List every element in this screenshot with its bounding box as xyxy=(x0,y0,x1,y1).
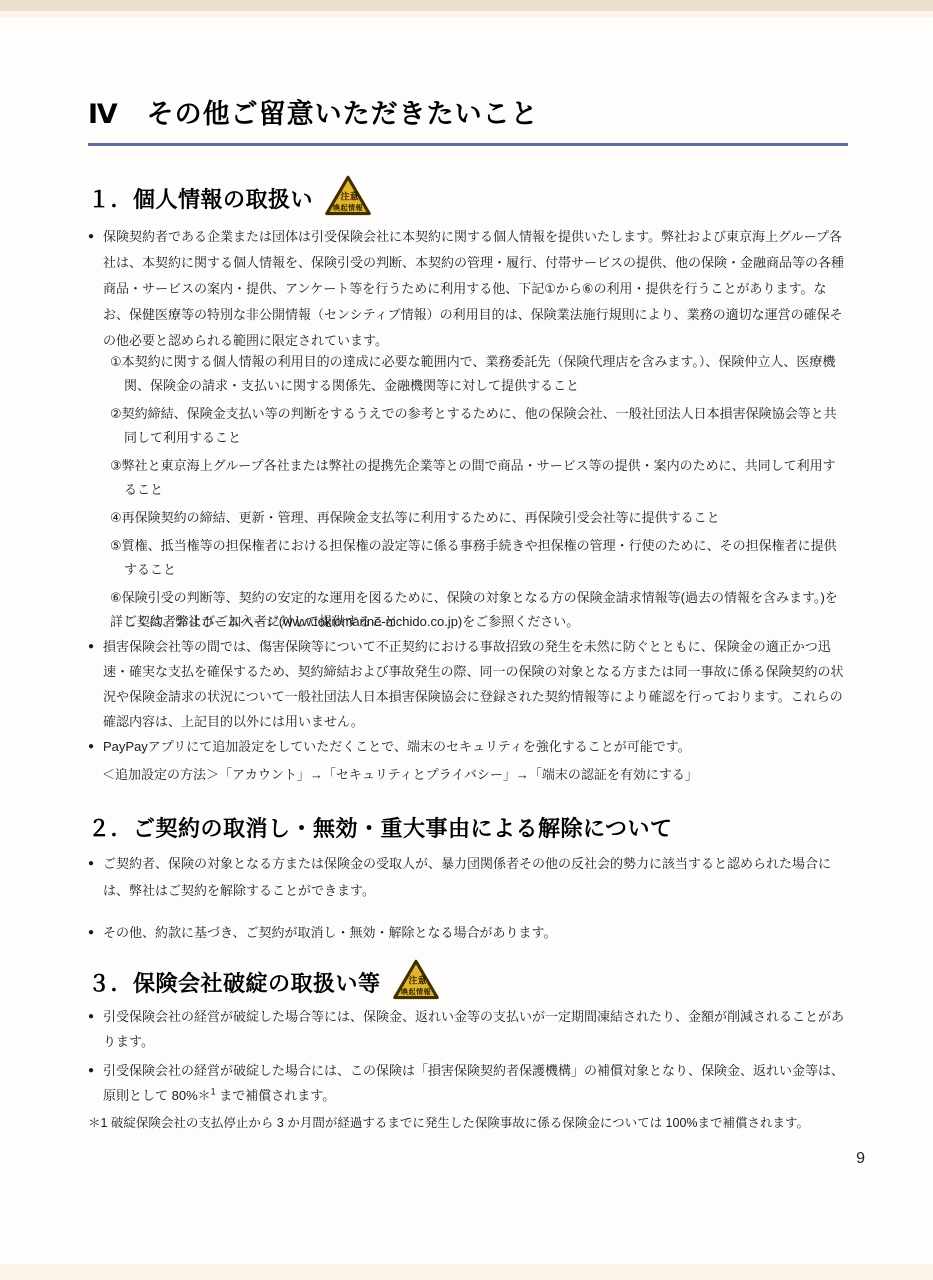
s1-bullet-3: ● PayPayアプリにて追加設定をしていただくことで、端末のセキュリティを強化… xyxy=(88,734,848,760)
s3-bullet-1-text: 引受保険会社の経営が破綻した場合等には、保険金、返れい金等の支払いが一定期間凍結… xyxy=(103,1004,848,1054)
s3-bullet-2-text: 引受保険会社の経営が破綻した場合には、この保険は「損害保険契約者保護機構」の補償… xyxy=(103,1058,848,1108)
s1-bullet-1: ● 保険契約者である企業または団体は引受保険会社に本契約に関する個人情報を提供い… xyxy=(88,224,848,354)
title-underline xyxy=(88,143,848,146)
s1-bullet-2-text: 損害保険会社等の間では、傷害保険等について不正契約における事故招致の発生を未然に… xyxy=(103,634,848,734)
bullet-icon: ● xyxy=(88,734,103,760)
circled-item-1: ①本契約に関する個人情報の利用目的の達成に必要な範囲内で、業務委託先（保険代理店… xyxy=(110,350,848,398)
s2-bullet-2-text: その他、約款に基づき、ご契約が取消し・無効・解除となる場合があります。 xyxy=(103,920,848,946)
caution-triangle-icon: 注意 喚起情報 xyxy=(393,958,439,1000)
caution-badge: 注意 喚起情報 xyxy=(393,958,439,1006)
s3-bullet-2: ● 引受保険会社の経営が破綻した場合には、この保険は「損害保険契約者保護機構」の… xyxy=(88,1058,848,1108)
paypay-settings-path: ＜追加設定の方法＞「アカウント」→「セキュリティとプライバシー」→「端末の認証を… xyxy=(102,762,848,788)
page-content: Ⅳ その他ご留意いただきたいこと １．個人情報の取扱い 注意 喚起情報 ● 保険… xyxy=(88,0,848,1280)
s3-bullet-2-before: 引受保険会社の経営が破綻した場合には、この保険は「損害保険契約者保護機構」の補償… xyxy=(103,1063,844,1103)
caution-badge-line2: 喚起情報 xyxy=(401,987,431,996)
bullet-icon: ● xyxy=(88,850,103,904)
caution-badge: 注意 喚起情報 xyxy=(325,174,371,222)
s2-bullet-1: ● ご契約者、保険の対象となる方または保険金の受取人が、暴力団関係者その他の反社… xyxy=(88,850,848,904)
section-1-heading: １．個人情報の取扱い 注意 喚起情報 xyxy=(88,174,848,222)
homepage-note: 詳しくは、弊社ホームページ(www.tokiomarine-nichido.co… xyxy=(110,610,848,634)
circled-item-3: ③弊社と東京海上グループ各社または弊社の提携先企業等との間で商品・サービス等の提… xyxy=(110,454,848,502)
bullet-icon: ● xyxy=(88,1004,103,1054)
s1-bullet-3-text: PayPayアプリにて追加設定をしていただくことで、端末のセキュリティを強化する… xyxy=(103,734,848,760)
circled-item-2: ②契約締結、保険金支払い等の判断をするうえでの参考とするために、他の保険会社、一… xyxy=(110,402,848,450)
s1-bullet-2: ● 損害保険会社等の間では、傷害保険等について不正契約における事故招致の発生を未… xyxy=(88,634,848,734)
section-2-heading: ２．ご契約の取消し・無効・重大事由による解除について xyxy=(88,812,848,843)
section-3-heading-label: ３．保険会社破綻の取扱い等 xyxy=(88,967,381,998)
bullet-icon: ● xyxy=(88,920,103,946)
s2-bullet-1-text: ご契約者、保険の対象となる方または保険金の受取人が、暴力団関係者その他の反社会的… xyxy=(103,850,848,904)
caution-badge-line2: 喚起情報 xyxy=(333,203,363,212)
s3-bullet-2-after: まで補償されます。 xyxy=(216,1088,336,1103)
circled-item-4: ④再保険契約の締結、更新・管理、再保険金支払等に利用するために、再保険引受会社等… xyxy=(110,506,848,530)
section-2-heading-label: ２．ご契約の取消し・無効・重大事由による解除について xyxy=(88,812,673,843)
page-title: Ⅳ その他ご留意いただきたいこと xyxy=(88,92,848,131)
page-number: 9 xyxy=(856,1150,865,1168)
s2-bullet-2: ● その他、約款に基づき、ご契約が取消し・無効・解除となる場合があります。 xyxy=(88,920,848,946)
circled-item-5: ⑤質権、抵当権等の担保権者における担保権の設定等に係る事務手続きや担保権の管理・… xyxy=(110,534,848,582)
caution-badge-line1: 注意 xyxy=(408,974,427,985)
s3-bullet-1: ● 引受保険会社の経営が破綻した場合等には、保険金、返れい金等の支払いが一定期間… xyxy=(88,1004,848,1054)
s1-bullet-1-text: 保険契約者である企業または団体は引受保険会社に本契約に関する個人情報を提供いたし… xyxy=(103,224,848,354)
bullet-icon: ● xyxy=(88,634,103,734)
s1-numbered-items: ①本契約に関する個人情報の利用目的の達成に必要な範囲内で、業務委託先（保険代理店… xyxy=(88,350,848,638)
section-3-heading: ３．保険会社破綻の取扱い等 注意 喚起情報 xyxy=(88,958,848,1006)
footnote: ＊1 破綻保険会社の支払停止から 3 か月間が経過するまでに発生した保険事故に係… xyxy=(88,1112,848,1134)
bullet-icon: ● xyxy=(88,224,103,354)
caution-badge-line1: 注意 xyxy=(341,190,360,201)
bullet-icon: ● xyxy=(88,1058,103,1108)
section-1-heading-label: １．個人情報の取扱い xyxy=(88,183,313,214)
caution-triangle-icon: 注意 喚起情報 xyxy=(325,174,371,216)
